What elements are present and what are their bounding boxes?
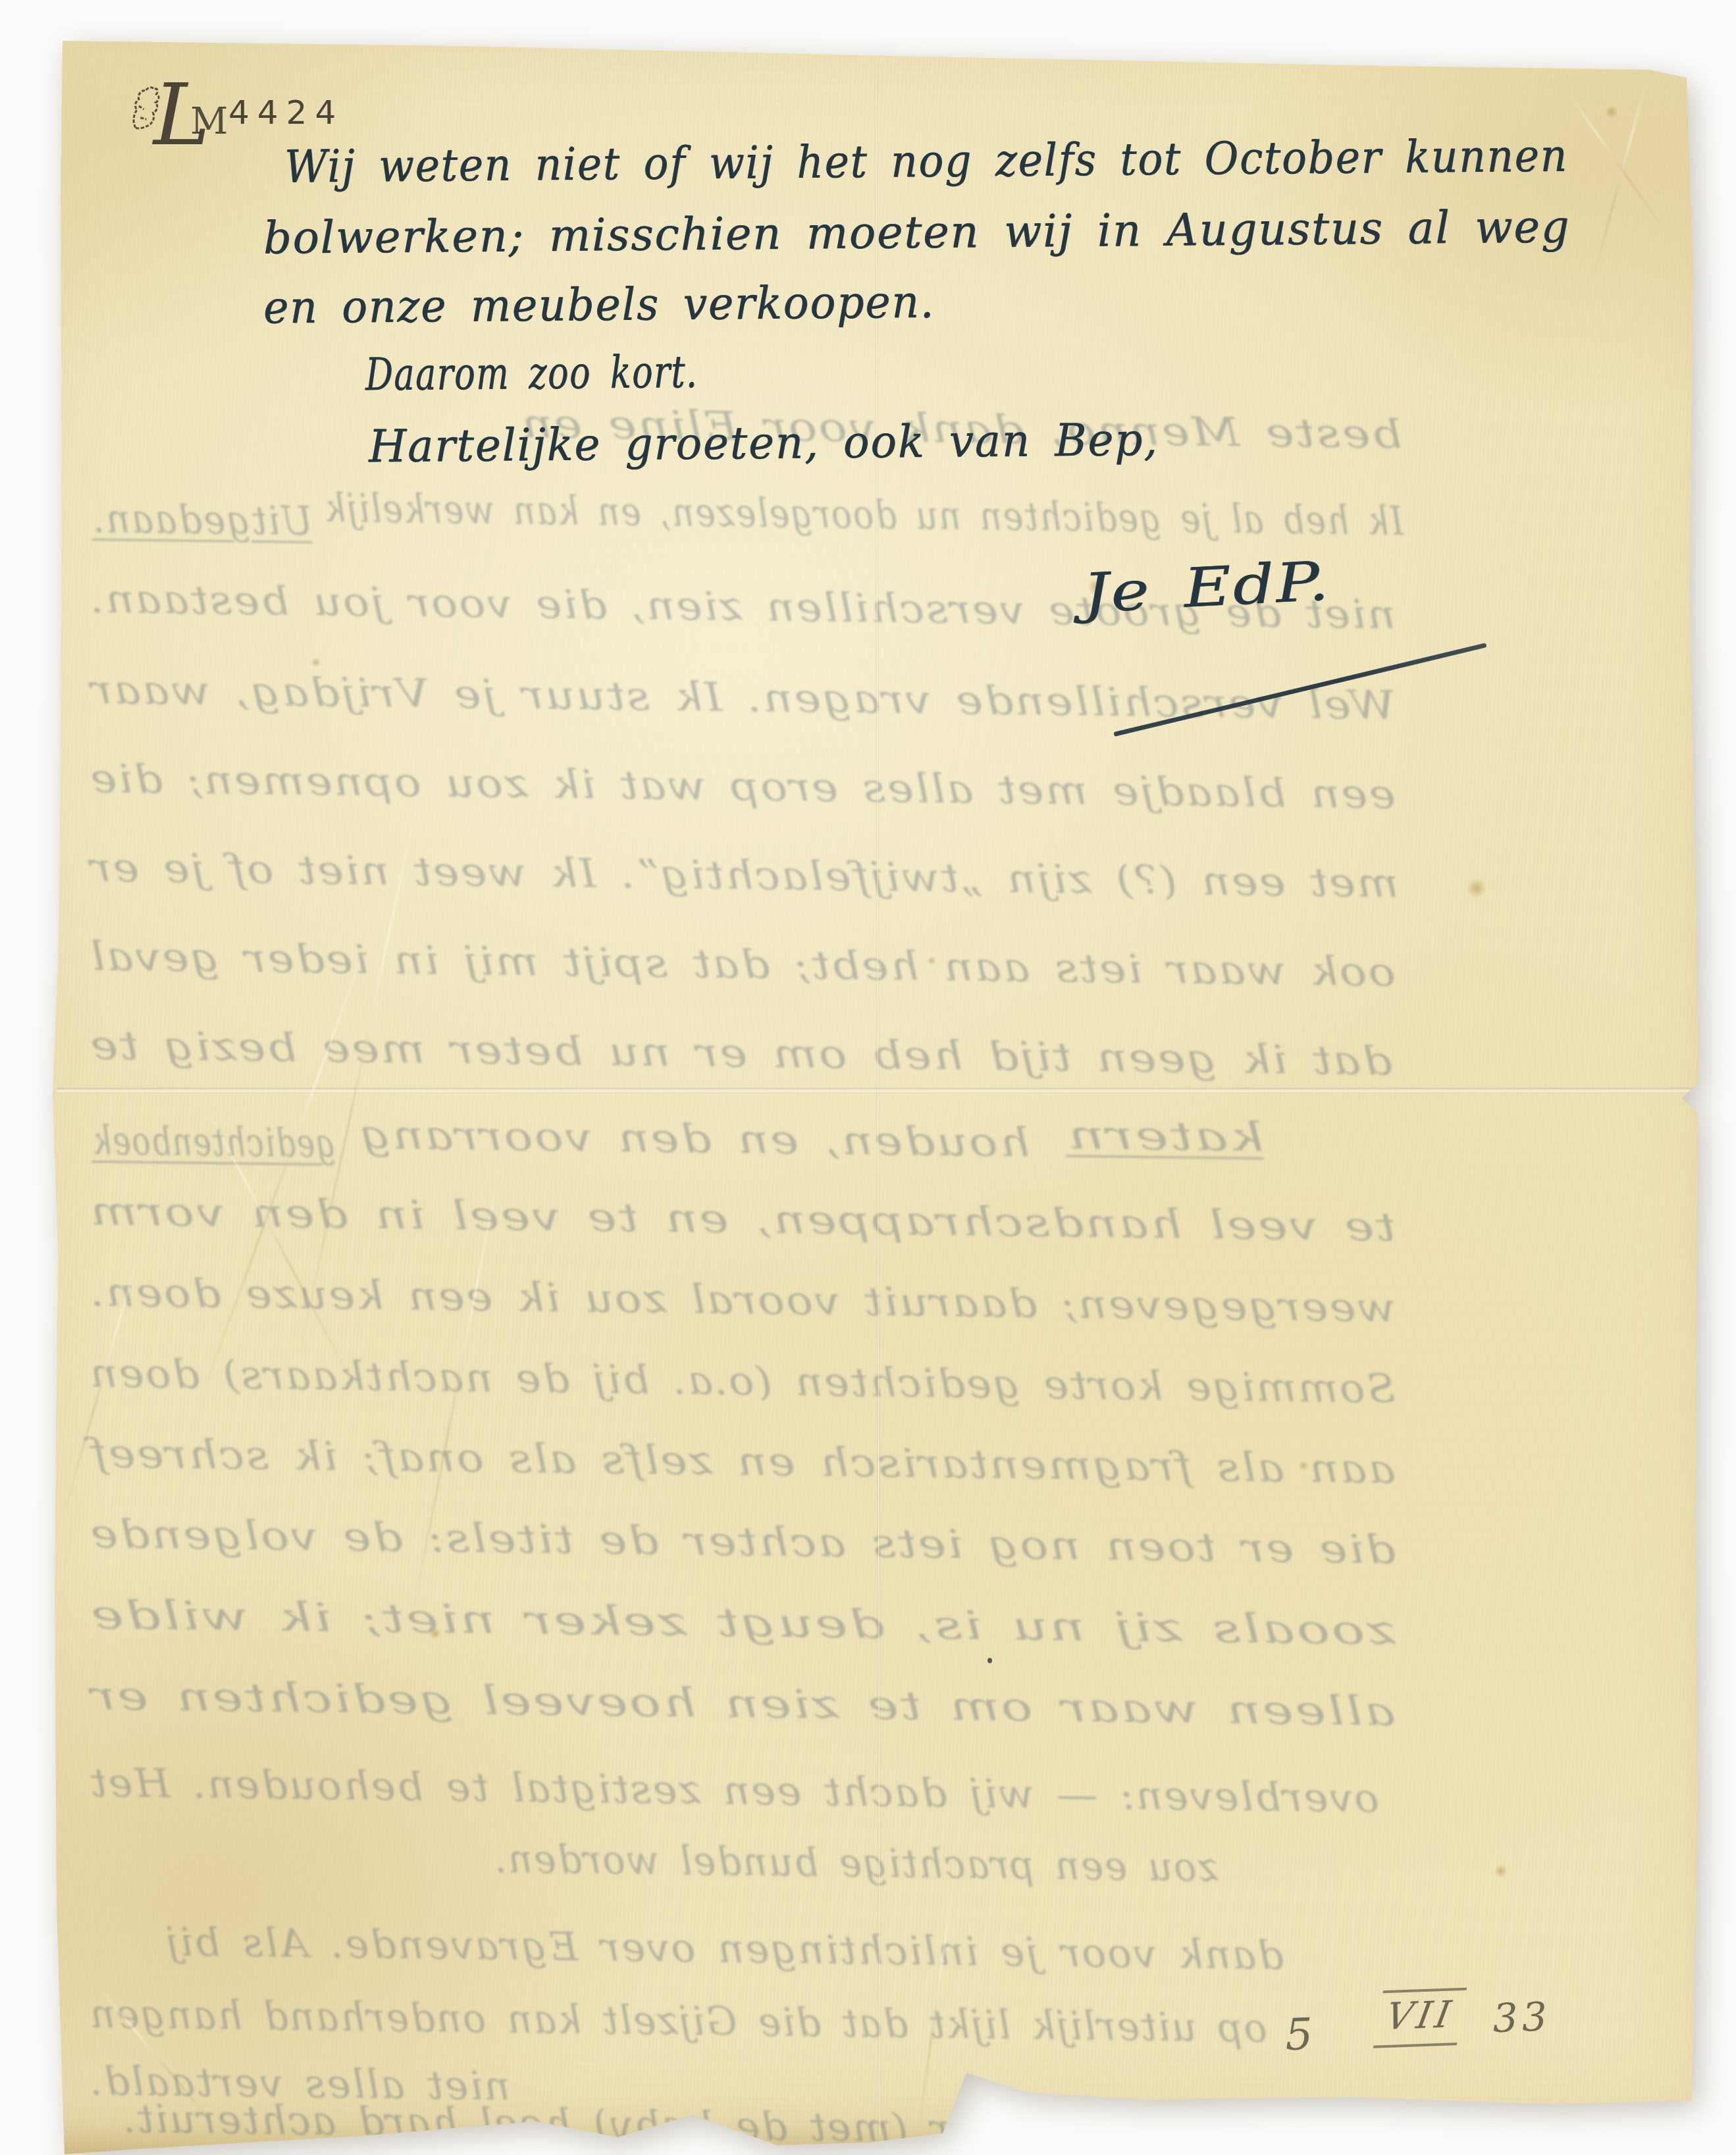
letter-line: Wij weten niet of wij het nog zelfs tot … (284, 134, 1569, 190)
wrinkle-crease (1590, 79, 1648, 290)
bleedthrough-line: Het gaat verder hier (met de baby) heel … (122, 2099, 1400, 2154)
bleedthrough-line: Wel verschillende vragen. Ik stuur je Vr… (89, 670, 1396, 726)
fold-crease-horizontal (57, 1088, 1697, 1094)
letter-line: Daarom zoo kort. (365, 350, 698, 398)
bleedthrough-line: met een (?) zijn „twijfelachtig”. Ik wee… (89, 848, 1400, 903)
date-month: VII (1373, 1988, 1467, 2048)
bleedthrough-line: Sommige korte gedichten (o.a. bij de nac… (89, 1354, 1396, 1409)
bleedthrough-line: een blaadje met alles erop wat ik zou op… (89, 759, 1396, 814)
scanned-letter-screenshot: beste Menno, dank voor Eline enIk heb al… (0, 0, 1736, 2155)
bleedthrough-line: gedichtenboek (92, 1121, 336, 1164)
foxing-spot (1494, 1865, 1508, 1878)
bleedthrough-line: aan als fragmentarisch en zelfs als onaf… (89, 1434, 1396, 1489)
bleedthrough-line: zooals zij nu is, deugt zeker niet; ik w… (89, 1595, 1396, 1651)
pencil-date: 5 VII 33 (1284, 1982, 1602, 2072)
bleedthrough-line: katern (1066, 1115, 1265, 1157)
letter-line: Je EdP. (1082, 554, 1331, 622)
bleedthrough-line: Uitgedaan. (92, 499, 313, 541)
stamp-number: 4424 (228, 93, 344, 132)
bleedthrough-line: dank voor je inlichtingen over Egravende… (165, 1923, 1284, 1976)
bleedthrough-line: houden, en den voorrang (359, 1115, 1031, 1163)
bleedthrough-line: te veel handschrappen, en te veel in den… (89, 1192, 1396, 1247)
letter-paper: beste Menno, dank voor Eline enIk heb al… (0, 0, 1736, 2155)
scan-backdrop: beste Menno, dank voor Eline enIk heb al… (0, 0, 1736, 2155)
ink-speck (987, 1658, 992, 1663)
wrinkle-crease (197, 934, 371, 1405)
bleedthrough-line: op uiterlijk lijkt dat die Gijzelt kan o… (89, 1994, 1268, 2048)
stamp-monogram-small: M (190, 100, 228, 143)
letter-line: en onze meubels verkoopen. (263, 280, 935, 331)
date-year: 33 (1492, 1994, 1552, 2042)
bleedthrough-line: dat ik geen tijd heb om er nu beter mee … (89, 1026, 1393, 1081)
bleedthrough-line: alleen waar om te zien hoeveel gedichten… (89, 1676, 1396, 1732)
bleedthrough-line: ook waar iets aan hebt; dat spijt mij in… (89, 937, 1396, 992)
letter-line: bolwerken; misschien moeten wij in Augus… (263, 205, 1571, 261)
bleedthrough-line: Ik heb al je gedichten nu doorgelezen, e… (324, 489, 1404, 541)
bleedthrough-line: zou een prachtige bundel worden. (494, 1839, 1219, 1887)
foxing-spot (1605, 105, 1618, 119)
fold-crease-vertical (874, 61, 881, 2135)
archive-stamp: L M 4424 (128, 74, 339, 159)
foxing-spot (311, 657, 321, 668)
bleedthrough-line: overbleven: — wij dacht een zestigtal te… (89, 1763, 1380, 1819)
foxing-spot (927, 956, 936, 965)
foxing-spot (429, 1628, 441, 1639)
foxing-spot (1467, 878, 1486, 898)
foxing-spot (1298, 1460, 1309, 1471)
bleedthrough-line: weergegeven; daaruit vooral zou ik een k… (89, 1273, 1396, 1328)
bleedthrough-line: die er toen nog iets achter de titels: d… (89, 1514, 1396, 1570)
date-day: 5 (1284, 2009, 1314, 2060)
letter-line: Hartelijke groeten, ook van Bep, (369, 418, 1159, 469)
